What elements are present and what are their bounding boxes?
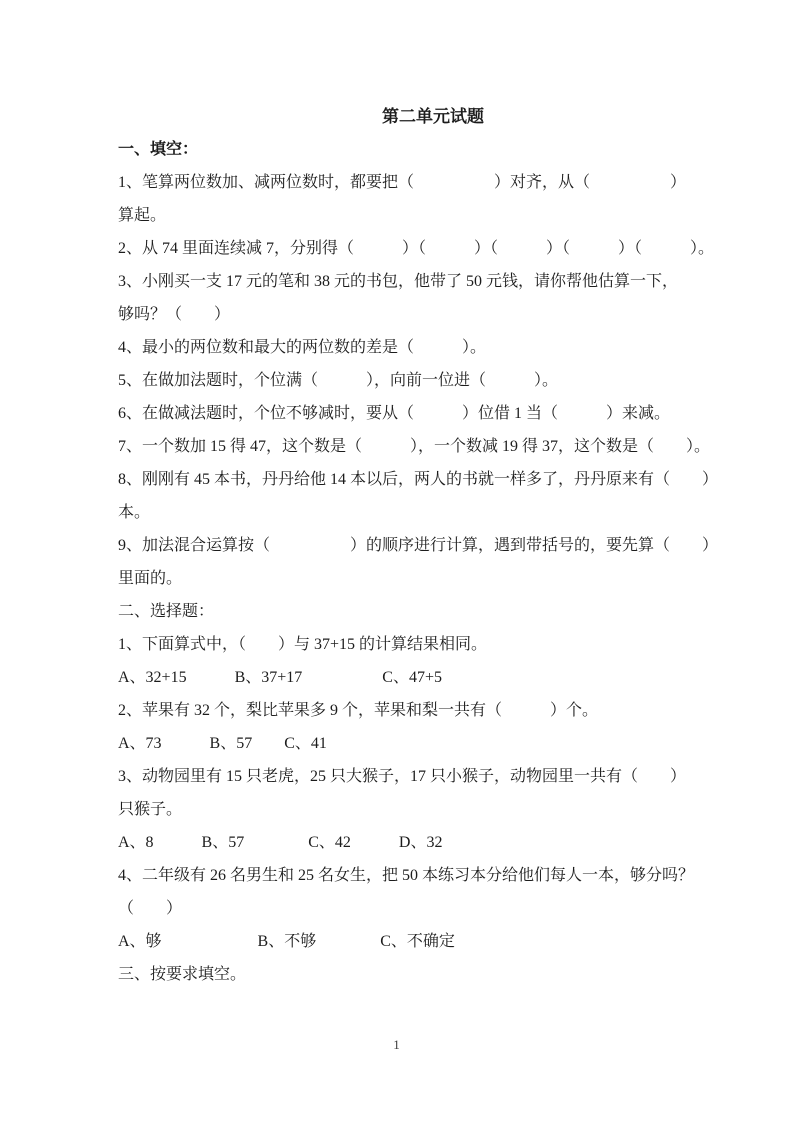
q3-line1: 3、小刚买一支 17 元的笔和 38 元的书包，他带了 50 元钱，请你帮他估算… — [118, 265, 676, 298]
q8-line2: 本。 — [118, 496, 676, 529]
q7-line: 7、一个数加 15 得 47，这个数是（ ），一个数减 19 得 37，这个数是… — [118, 430, 676, 463]
q4-line: 4、最小的两位数和最大的两位数的差是（ ）。 — [118, 331, 676, 364]
document-title: 第二单元试题 — [118, 100, 676, 133]
section3-heading: 三、按要求填空。 — [118, 958, 676, 991]
s2-q1-line: 1、下面算式中，（ ）与 37+15 的计算结果相同。 — [118, 628, 676, 661]
s2-q3-line2: 只猴子。 — [118, 793, 676, 826]
document-body: 第二单元试题 一、填空： 1、笔算两位数加、减两位数时，都要把（ ）对齐，从（ … — [118, 100, 676, 991]
q6-line: 6、在做减法题时，个位不够减时，要从（ ）位借 1 当（ ）来减。 — [118, 397, 676, 430]
page-number: 1 — [0, 1036, 793, 1054]
q1-line2: 算起。 — [118, 199, 676, 232]
q9-line1: 9、加法混合运算按（ ）的顺序进行计算，遇到带括号的，要先算（ ） — [118, 529, 676, 562]
s2-q3-line1: 3、动物园里有 15 只老虎，25 只大猴子，17 只小猴子，动物园里一共有（ … — [118, 760, 676, 793]
document-page: 第二单元试题 一、填空： 1、笔算两位数加、减两位数时，都要把（ ）对齐，从（ … — [0, 0, 793, 1122]
s2-q2-options: A、73 B、57 C、41 — [118, 727, 676, 760]
s2-q4-line1: 4、二年级有 26 名男生和 25 名女生，把 50 本练习本分给他们每人一本，… — [118, 859, 676, 892]
s2-q1-options: A、32+15 B、37+17 C、47+5 — [118, 661, 676, 694]
q9-line2: 里面的。 — [118, 562, 676, 595]
s2-q2-line: 2、苹果有 32 个，梨比苹果多 9 个，苹果和梨一共有（ ）个。 — [118, 694, 676, 727]
s2-q4-line2: （ ） — [118, 892, 676, 925]
q5-line: 5、在做加法题时，个位满（ ），向前一位进（ ）。 — [118, 364, 676, 397]
s2-q3-options: A、8 B、57 C、42 D、32 — [118, 826, 676, 859]
q3-line2: 够吗？（ ） — [118, 298, 676, 331]
section1-heading: 一、填空： — [118, 133, 676, 166]
q2-line: 2、从 74 里面连续减 7，分别得（ ）（ ）（ ）（ ）（ ）。 — [118, 232, 676, 265]
q1-line1: 1、笔算两位数加、减两位数时，都要把（ ）对齐，从（ ） — [118, 166, 676, 199]
section2-heading: 二、选择题： — [118, 595, 676, 628]
q8-line1: 8、刚刚有 45 本书，丹丹给他 14 本以后，两人的书就一样多了，丹丹原来有（… — [118, 463, 676, 496]
s2-q4-options: A、够 B、不够 C、不确定 — [118, 925, 676, 958]
